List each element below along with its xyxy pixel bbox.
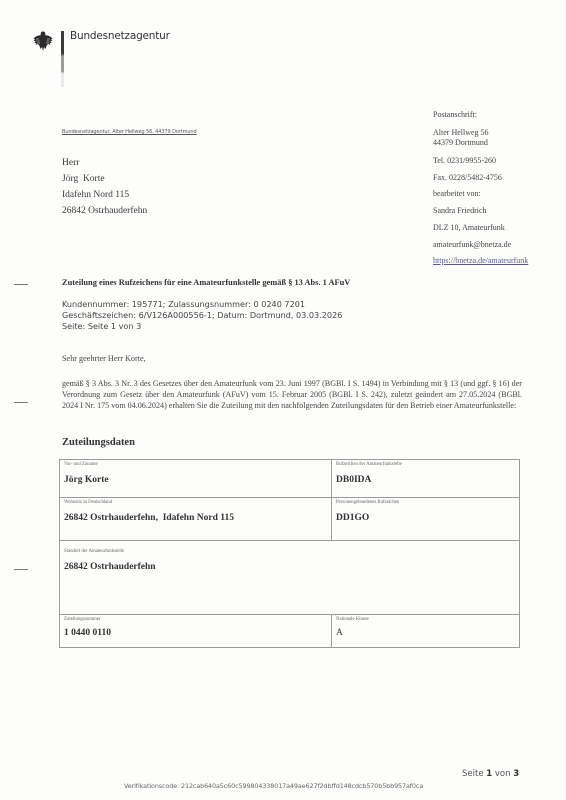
cell-value: A	[336, 628, 343, 638]
recipient-street: Idafehn Nord 115	[62, 190, 129, 200]
punch-mark	[14, 402, 28, 403]
allocation-table: Vor- und Zuname Jörg Korte Rufzeichen de…	[59, 459, 520, 648]
cell-name: Vor- und Zuname Jörg Korte	[60, 460, 331, 497]
processor-name: Sandra Friedrich	[433, 206, 487, 216]
sender-tel: Tel. 0231/9955-260	[433, 156, 496, 166]
cell-value: 26842 Ostrhauderfehn, Idafehn Nord 115	[64, 513, 234, 523]
cell-label: Vor- und Zuname	[64, 462, 98, 467]
cell-value: 26842 Ostrhauderfehn	[64, 562, 156, 572]
email-link[interactable]: amateurfunk@bnetza.de	[433, 240, 511, 250]
cell-label: Personengebundenes Rufzeichen	[336, 500, 399, 505]
cell-label: Nationale Klasse	[336, 617, 369, 622]
return-address: Bundesnetzagentur, Alter Hellweg 56, 443…	[62, 129, 197, 135]
verification-code: Verifikationscode: 212cab640a5c60c599804…	[124, 782, 423, 790]
processed-by-label: bearbeitet von:	[433, 189, 481, 199]
body-paragraph: gemäß § 3 Abs. 3 Nr. 3 des Gesetzes über…	[62, 378, 522, 411]
subject-line: Zuteilung eines Rufzeichens für eine Ama…	[62, 278, 350, 287]
cell-value: 1 0440 0110	[64, 628, 111, 638]
cell-national-class: Nationale Klasse A	[332, 615, 520, 648]
greeting: Sehr geehrter Herr Korte,	[62, 354, 146, 363]
page-mid: von	[492, 769, 513, 779]
cell-label: Wohnsitz in Deutschland	[64, 500, 112, 505]
recipient-name: Jörg Korte	[62, 174, 105, 184]
sender-street: Alter Hellweg 56	[433, 128, 489, 138]
federal-eagle-icon	[33, 30, 53, 52]
section-title: Zuteilungsdaten	[62, 437, 135, 448]
cell-label: Standort der Amateurfunkstelle	[64, 549, 124, 554]
meta-reference: Geschäftszeichen: 6/V126A000556-1; Datum…	[62, 310, 342, 320]
brand-name: Bundesnetzagentur	[70, 30, 170, 42]
cell-label: Zuteilungsnummer	[64, 617, 101, 622]
page-number: Seite 1 von 3	[462, 769, 519, 779]
brand-bar	[61, 31, 64, 87]
cell-value: DB0IDA	[336, 475, 371, 485]
cell-allocation-number: Zuteilungsnummer 1 0440 0110	[60, 615, 331, 648]
fold-mark-top	[14, 284, 28, 285]
cell-personal-callsign: Personengebundenes Rufzeichen DD1GO	[332, 498, 520, 540]
cell-value: Jörg Korte	[64, 475, 109, 485]
cell-residence: Wohnsitz in Deutschland 26842 Ostrhauder…	[60, 498, 331, 540]
cell-location: Standort der Amateurfunkstelle 26842 Ost…	[60, 541, 520, 614]
postal-label: Postanschrift:	[433, 110, 477, 120]
sender-fax: Fax. 0228/5482-4756	[433, 173, 502, 183]
recipient-city: 26842 Ostrhauderfehn	[62, 206, 147, 216]
cell-callsign: Rufzeichen der Amateurfunkstelle DB0IDA	[332, 460, 520, 497]
cell-value: DD1GO	[336, 513, 369, 523]
sender-city: 44379 Dortmund	[433, 138, 488, 148]
page-total: 3	[513, 769, 519, 779]
meta-page: Seite: Seite 1 von 3	[62, 321, 141, 331]
fold-mark-bottom	[14, 569, 28, 570]
department: DLZ 10, Amateurfunk	[433, 223, 505, 233]
meta-customer-number: Kundennummer: 195771; Zulassungsnummer: …	[62, 299, 305, 309]
recipient-salutation: Herr	[62, 158, 79, 168]
cell-label: Rufzeichen der Amateurfunkstelle	[336, 462, 402, 467]
website-link[interactable]: https://bnetza.de/amateurfunk	[433, 256, 553, 266]
page-prefix: Seite	[462, 769, 486, 779]
